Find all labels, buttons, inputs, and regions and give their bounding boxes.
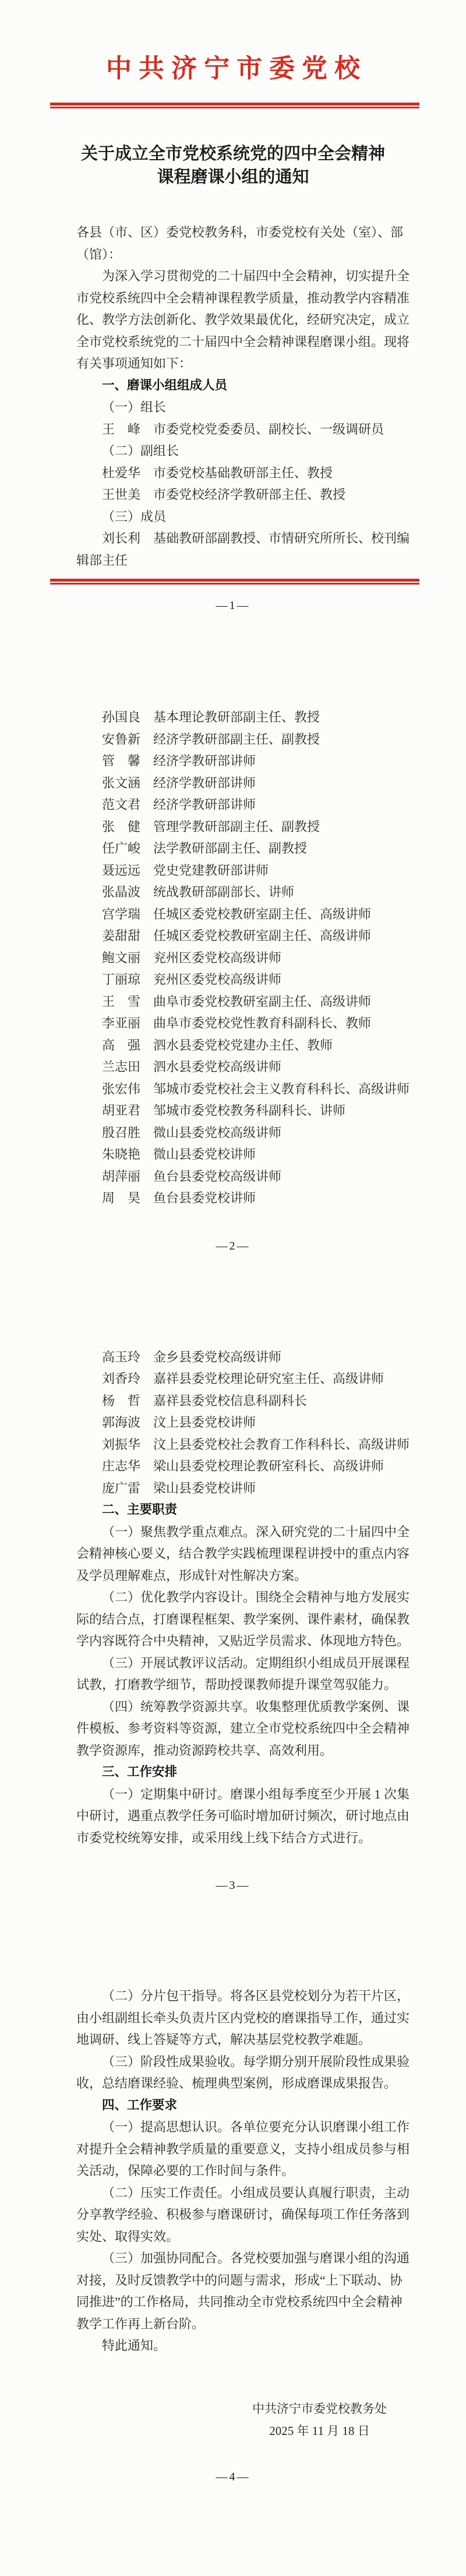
document-line: 对提升全会精神教学质量的重要意义，支持小组成员参与相	[76, 2138, 400, 2160]
document-line: 杨 哲 嘉祥县委党校信息科副科长	[76, 1390, 400, 1412]
page-number-1: —1—	[0, 597, 466, 614]
signature-block: 中共济宁市委党校教务处 2025 年 11 月 18 日	[252, 2398, 387, 2442]
document-line: （三）阶段性成果验收。每学期分别开展阶段性成果验	[76, 2051, 400, 2073]
document-line: 张 健 管理学教研部副主任、副教授	[76, 816, 400, 838]
document-line: （二）副组长	[76, 440, 400, 462]
document-line: 件模板、参考资料等资源，建立全市党校系统四中全会精神	[76, 1718, 400, 1740]
document-line: 张文涵 经济学教研部讲师	[76, 772, 400, 794]
document-line: 由小组副组长牵头负责片区内党校的磨课指导工作，通过实	[76, 2007, 400, 2029]
document-line: 刘长利 基础教研部副教授、市情研究所所长、校刊编	[76, 527, 400, 550]
document-line: 胡亚君 邹城市委党校教务科副科长、讲师	[76, 1100, 400, 1122]
page-number-3: —3—	[0, 1877, 466, 1894]
document-line: 化、教学方法创新化、教学效果最优化，经研究决定，成立	[76, 309, 400, 331]
document-line: 教学资源库，推动资源跨校共享、高效利用。	[76, 1740, 400, 1762]
document-line: 高 强 泗水县委党校党建办主任、教师	[76, 1034, 400, 1057]
document-line: 各县（市、区）委党校教务科，市委党校有关处（室）、部	[76, 221, 400, 244]
document-line: 为深入学习贯彻党的二十届四中全会精神，切实提升全	[76, 265, 400, 287]
document-line: 关活动，保障必要的工作时间与条件。	[76, 2160, 400, 2182]
document-line: 聂远远 党史党建教研部讲师	[76, 860, 400, 882]
document-line: 庞广雷 梁山县委党校讲师	[76, 1477, 400, 1500]
document-line: 郭海波 汶上县委党校讲师	[76, 1412, 400, 1434]
document-line: 特此通知。	[76, 2335, 400, 2357]
page-2-body: 孙国良 基本理论教研部副主任、教授安鲁新 经济学教研部副主任、副教授管 馨 经济…	[76, 706, 400, 1209]
document-line: 范文君 经济学教研部讲师	[76, 794, 400, 816]
document-line: （四）统筹教学资源共享。收集整理优质教学案例、课	[76, 1696, 400, 1718]
document-line: 地调研、线上答疑等方式，解决基层党校教学难题。	[76, 2029, 400, 2051]
document-title-line-1: 关于成立全市党校系统党的四中全会精神	[0, 142, 466, 166]
document-line: 李亚丽 曲阜市委党校党性教育科副科长、教师	[76, 1012, 400, 1034]
document-title: 关于成立全市党校系统党的四中全会精神 课程磨课小组的通知	[0, 142, 466, 189]
document-line: 同推进”的工作格局，共同推动全市党校系统四中全会精神	[76, 2291, 400, 2313]
document-line: 对接，及时反馈教学中的问题与需求，形成“上下联动、协	[76, 2269, 400, 2292]
document-line: 兰志田 泗水县委党校高级讲师	[76, 1056, 400, 1078]
document-line: 任广峻 法学教研部副主任、副教授	[76, 837, 400, 860]
document-line: 分享教学经验、积极参与磨课研讨，确保每项工作任务落到	[76, 2204, 400, 2226]
document-line: 辑部主任	[76, 550, 400, 572]
page-1-body: 各县（市、区）委党校教务科，市委党校有关处（室）、部（馆）：为深入学习贯彻党的二…	[76, 221, 400, 571]
issue-date: 2025 年 11 月 18 日	[252, 2420, 387, 2442]
issuing-department: 中共济宁市委党校教务处	[252, 2398, 387, 2420]
document-line: 杜爱华 市委党校基础教研部主任、教授	[76, 462, 400, 484]
document-line: 及学员理解难点，形成针对性解决方案。	[76, 1565, 400, 1587]
document-line: 王 雪 曲阜市委党校教研室副主任、高级讲师	[76, 991, 400, 1013]
document-line: 一、磨课小组组成人员	[76, 375, 400, 397]
page-number-4: —4—	[0, 2469, 466, 2485]
document-line: 际的结合点，打磨课程框架、教学案例、课件素材，确保教	[76, 1609, 400, 1631]
document-line: 张宏伟 邹城市委党校社会主义教育科科长、高级讲师	[76, 1078, 400, 1100]
document-line: 收，总结磨课经验、梳理典型案例，形成磨课成果报告。	[76, 2072, 400, 2095]
document-title-line-2: 课程磨课小组的通知	[0, 166, 466, 189]
document-line: 学内容既符合中央精神，又贴近学员需求、体现地方特色。	[76, 1630, 400, 1652]
official-notice-document: 中共济宁市委党校 关于成立全市党校系统党的四中全会精神 课程磨课小组的通知 各县…	[0, 0, 466, 2576]
document-line: 三、工作安排	[76, 1761, 400, 1783]
document-line: 殷召胜 微山县委党校高级讲师	[76, 1122, 400, 1144]
letterhead-divider-rule	[50, 103, 419, 108]
document-line: 试教，打磨教学细节，帮助授课教师提升课堂驾驭能力。	[76, 1674, 400, 1696]
document-line: 宫学瑞 任城区委党校教研室副主任、高级讲师	[76, 903, 400, 925]
document-line: 管 馨 经济学教研部讲师	[76, 750, 400, 772]
document-line: 市党校系统四中全会精神课程教学质量，推动教学内容精准	[76, 287, 400, 309]
document-line: 中研讨，遇重点教学任务可临时增加研讨频次，研讨地点由	[76, 1805, 400, 1827]
document-line: （一）聚焦教学重点难点。深入研究党的二十届四中全	[76, 1521, 400, 1543]
page-4-body: （二）分片包干指导。将各区县党校划分为若干片区，由小组副组长牵头负责片区内党校的…	[76, 1985, 400, 2357]
page-number-2: —2—	[0, 1238, 466, 1254]
document-line: （三）加强协同配合。各党校要加强与磨课小组的沟通	[76, 2247, 400, 2269]
document-line: 安鲁新 经济学教研部副主任、副教授	[76, 729, 400, 751]
document-line: 庄志华 梁山县委党校理论教研室科长、高级讲师	[76, 1455, 400, 1477]
document-line: 孙国良 基本理论教研部副主任、教授	[76, 706, 400, 729]
page-3-body: 高玉玲 金乡县委党校高级讲师刘香玲 嘉祥县委党校理论研究室主任、高级讲师杨 哲 …	[76, 1346, 400, 1849]
document-line: 丁丽琼 兖州区委党校高级讲师	[76, 969, 400, 991]
document-line: 朱晓艳 微山县委党校讲师	[76, 1143, 400, 1166]
document-line: 张晶波 统战教研部副部长、讲师	[76, 881, 400, 903]
letterhead-title: 中共济宁市委党校	[0, 0, 466, 86]
document-line: 四、工作要求	[76, 2095, 400, 2117]
document-line: 高玉玲 金乡县委党校高级讲师	[76, 1346, 400, 1368]
document-line: 市委党校统筹安排，或采用线上线下结合方式进行。	[76, 1827, 400, 1849]
document-line: 刘振华 汶上县委党校社会教育工作科科长、高级讲师	[76, 1434, 400, 1456]
document-line: （三）成员	[76, 506, 400, 528]
document-line: 实处、取得实效。	[76, 2226, 400, 2248]
document-line: （馆）：	[76, 244, 400, 266]
document-line: 二、主要职责	[76, 1499, 400, 1521]
document-line: （二）分片包干指导。将各区县党校划分为若干片区，	[76, 1985, 400, 2007]
document-line: 全市党校系统党的二十届四中全会精神课程磨课小组。现将	[76, 331, 400, 353]
document-line: 王 峰 市委党校党委委员、副校长、一级调研员	[76, 418, 400, 441]
letterhead: 中共济宁市委党校	[0, 0, 466, 108]
document-line: （一）提高思想认识。各单位要充分认识磨课小组工作	[76, 2116, 400, 2138]
document-line: 有关事项通知如下：	[76, 353, 400, 375]
document-line: 姜甜甜 任城区委党校教研室副主任、高级讲师	[76, 925, 400, 947]
document-line: （二）优化教学内容设计。围绕全会精神与地方发展实	[76, 1586, 400, 1609]
page-1-footer-rule	[50, 579, 419, 585]
document-line: 刘香玲 嘉祥县委党校理论研究室主任、高级讲师	[76, 1368, 400, 1390]
document-line: （二）压实工作责任。小组成员要认真履行职责，主动	[76, 2182, 400, 2204]
document-line: 周 昊 鱼台县委党校讲师	[76, 1187, 400, 1209]
document-line: 胡萍丽 鱼台县委党校高级讲师	[76, 1166, 400, 1188]
document-line: 鲍文丽 兖州区委党校高级讲师	[76, 947, 400, 969]
document-line: 王世美 市委党校经济学教研部主任、教授	[76, 484, 400, 506]
document-line: （三）开展试教评议活动。定期组织小组成员开展课程	[76, 1652, 400, 1674]
document-line: （一）定期集中研讨。磨课小组每季度至少开展 1 次集	[76, 1783, 400, 1806]
document-line: 教学工作再上新台阶。	[76, 2313, 400, 2335]
document-line: （一）组长	[76, 396, 400, 418]
document-line: 会精神核心要义，结合教学实践梳理课程讲授中的重点内容	[76, 1543, 400, 1565]
